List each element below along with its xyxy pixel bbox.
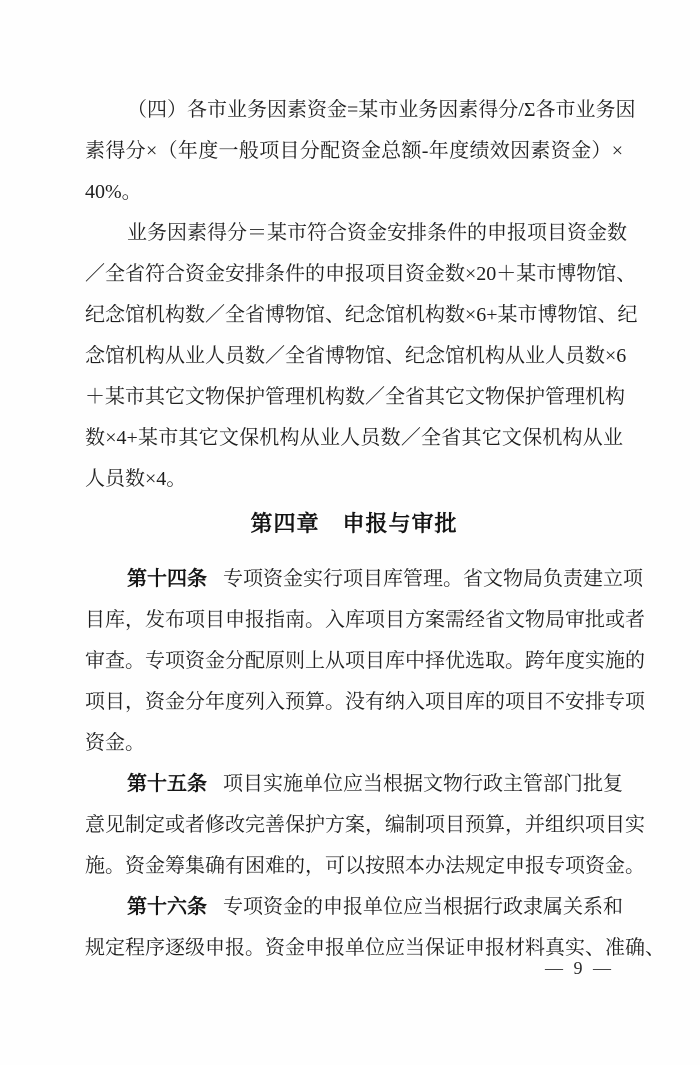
article-number: 第十五条 bbox=[127, 773, 207, 795]
article-15: 第十五条项目实施单位应当根据文物行政主管部门批复 意见制定或者修改完善保护方案，… bbox=[85, 764, 623, 887]
text-line: ＋某市其它文物保护管理机构数／全省其它文物保护管理机构 bbox=[85, 377, 623, 418]
document-body: （四）各市业务因素资金=某市业务因素得分/Σ各市业务因 素得分×（年度一般项目分… bbox=[85, 90, 623, 969]
text-line: 纪念馆机构数／全省博物馆、纪念馆机构数×6+某市博物馆、纪 bbox=[85, 295, 623, 336]
article-text: 专项资金的申报单位应当根据行政隶属关系和 bbox=[223, 896, 623, 918]
text-line: 40%。 bbox=[85, 172, 623, 213]
chapter-heading: 第四章 申报与审批 bbox=[85, 506, 623, 541]
text-line: 第十四条专项资金实行项目库管理。省文物局负责建立项 bbox=[85, 559, 623, 600]
article-text: 专项资金实行项目库管理。省文物局负责建立项 bbox=[223, 568, 643, 590]
text-line: （四）各市业务因素资金=某市业务因素得分/Σ各市业务因 bbox=[85, 90, 623, 131]
text-line: 审查。专项资金分配原则上从项目库中择优选取。跨年度实施的 bbox=[85, 641, 623, 682]
text-line: 意见制定或者修改完善保护方案，编制项目预算，并组织项目实 bbox=[85, 805, 623, 846]
text-line: 业务因素得分＝某市符合资金安排条件的申报项目资金数 bbox=[85, 213, 623, 254]
text-line: 目库，发布项目申报指南。入库项目方案需经省文物局审批或者 bbox=[85, 600, 623, 641]
article-16: 第十六条专项资金的申报单位应当根据行政隶属关系和 规定程序逐级申报。资金申报单位… bbox=[85, 887, 623, 969]
article-text: 项目实施单位应当根据文物行政主管部门批复 bbox=[223, 773, 623, 795]
paragraph-formula-item4: （四）各市业务因素资金=某市业务因素得分/Σ各市业务因 素得分×（年度一般项目分… bbox=[85, 90, 623, 213]
text-line: ／全省符合资金安排条件的申报项目资金数×20＋某市博物馆、 bbox=[85, 254, 623, 295]
paragraph-score-formula: 业务因素得分＝某市符合资金安排条件的申报项目资金数 ／全省符合资金安排条件的申报… bbox=[85, 213, 623, 500]
text-line: 数×4+某市其它文保机构从业人员数／全省其它文保机构从业 bbox=[85, 418, 623, 459]
text-line: 资金。 bbox=[85, 723, 623, 764]
text-line: 念馆机构从业人员数／全省博物馆、纪念馆机构从业人员数×6 bbox=[85, 336, 623, 377]
text-line: 人员数×4。 bbox=[85, 459, 623, 500]
text-line: 第十六条专项资金的申报单位应当根据行政隶属关系和 bbox=[85, 887, 623, 928]
text-line: 规定程序逐级申报。资金申报单位应当保证申报材料真实、准确、 bbox=[85, 928, 623, 969]
text-line: 素得分×（年度一般项目分配资金总额-年度绩效因素资金）× bbox=[85, 131, 623, 172]
article-number: 第十四条 bbox=[127, 568, 207, 590]
text-line: 第十五条项目实施单位应当根据文物行政主管部门批复 bbox=[85, 764, 623, 805]
page-number: — 9 — bbox=[545, 958, 614, 979]
article-number: 第十六条 bbox=[127, 896, 207, 918]
text-line: 项目，资金分年度列入预算。没有纳入项目库的项目不安排专项 bbox=[85, 682, 623, 723]
text-line: 施。资金筹集确有困难的，可以按照本办法规定申报专项资金。 bbox=[85, 846, 623, 887]
document-page: （四）各市业务因素资金=某市业务因素得分/Σ各市业务因 素得分×（年度一般项目分… bbox=[0, 0, 700, 1065]
article-14: 第十四条专项资金实行项目库管理。省文物局负责建立项 目库，发布项目申报指南。入库… bbox=[85, 559, 623, 764]
